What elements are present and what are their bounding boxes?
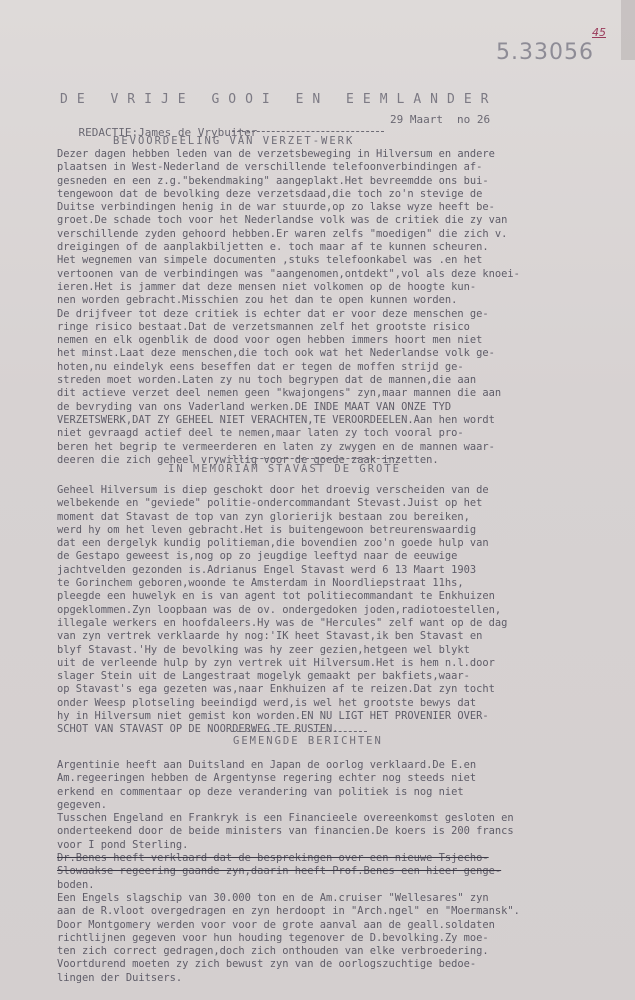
text-line: Geheel Hilversum is diep geschokt door h… (57, 484, 617, 497)
text-line: opgeklommen.Zyn loopbaan was de ov. onde… (57, 604, 617, 617)
text-line: tengewoon dat de bevolking deze verzetsd… (57, 188, 617, 201)
text-line: dat een dergelyk kundig politieman,die b… (57, 537, 617, 550)
text-line: voor I pond Sterling. (57, 839, 617, 852)
section-title-verzet: BEVOORDEELING VAN VERZET-WERK (113, 135, 354, 147)
section-divider (230, 458, 400, 459)
text-line: ten zich correct gedragen,doch zich onth… (57, 945, 617, 958)
text-line: Een Engels slagschip van 30.000 ton en d… (57, 892, 617, 905)
text-line: erkend en commentaar op deze verandering… (57, 786, 617, 799)
text-line: hy in Hilversum niet gemist kon worden.E… (57, 710, 617, 723)
text-line: pleegde een huwelyk en is van agent tot … (57, 590, 617, 603)
section-body-in-memoriam: Geheel Hilversum is diep geschokt door h… (57, 484, 617, 737)
text-line: De drijfveer tot deze critiek is echter … (57, 308, 617, 321)
text-line: moment dat Stavast de top van zyn glorie… (57, 511, 617, 524)
text-line: welbekende en "geviede" politie-ondercom… (57, 497, 617, 510)
text-line: richtlijnen gegeven voor hun houding teg… (57, 932, 617, 945)
text-line: aan de R.vloot overgedragen en zyn herdo… (57, 905, 617, 918)
text-line: de bevryding van ons Vaderland werken.DE… (57, 401, 617, 414)
issue-date: 29 Maart (390, 113, 443, 126)
text-line: VERZETSWERK,DAT ZY GEHEEL NIET VERACHTEN… (57, 414, 617, 427)
text-line: beren het begrip te vermeerderen en late… (57, 441, 617, 454)
text-line: verschillende zyden gehoord hebben.Er wa… (57, 228, 617, 241)
text-line: streden moet worden.Laten zy nu toch beg… (57, 374, 617, 387)
section-title-gemengde-berichten: GEMENGDE BERICHTEN (233, 735, 383, 747)
text-line: van zyn vertrek verklaarde hy nog:'IK he… (57, 630, 617, 643)
text-line: lingen der Duitsers. (57, 972, 617, 985)
section-body-verzet: Dezer dagen hebben leden van de verzetsb… (57, 148, 617, 467)
text-line: Am.regeeringen hebben de Argentynse rege… (57, 772, 617, 785)
text-line: Dr.Benes heeft verklaard dat de bespreki… (57, 852, 617, 865)
section-divider (232, 131, 384, 132)
text-line: de Gestapo geweest is,nog op zo jeugdige… (57, 550, 617, 563)
section-divider (232, 731, 367, 732)
text-line: onder Weesp plotseling beeindigd werd,is… (57, 697, 617, 710)
text-line: gegeven. (57, 799, 617, 812)
archive-number: 5.33056 (496, 40, 594, 65)
section-title-in-memoriam: IN MEMORIAM STAVAST DE GROTE (168, 463, 401, 475)
text-line: het minst.Laat deze menschen,die toch oo… (57, 347, 617, 360)
text-line: gesneden en een z.g."bekendmaking" aange… (57, 175, 617, 188)
folio-mark: 45 (592, 26, 606, 39)
text-line: werd hy om het leven gebracht.Het is bui… (57, 524, 617, 537)
text-line: vertoonen van de verbindingen was "aange… (57, 268, 617, 281)
text-line: ieren.Het is jammer dat deze mensen niet… (57, 281, 617, 294)
text-line: onderteekend door de beide ministers van… (57, 825, 617, 838)
text-line: nemen en elk ogenblik de dood voor ogen … (57, 334, 617, 347)
scanned-document-page: 5.33056 45 DE VRIJE GOOI EN EEMLANDER RE… (0, 0, 635, 1000)
section-body-gemengde-berichten: Argentinie heeft aan Duitsland en Japan … (57, 759, 617, 985)
issue-number: no 26 (457, 113, 490, 126)
text-line: Duitse verbindingen henig in de war stuu… (57, 201, 617, 214)
text-line: slager Stein uit de Langestraat mogelyk … (57, 670, 617, 683)
text-line: Argentinie heeft aan Duitsland en Japan … (57, 759, 617, 772)
text-line: niet gevraagd actief deel te nemen,maar … (57, 427, 617, 440)
text-line: ringe risico bestaat.Dat de verzetsmanne… (57, 321, 617, 334)
text-line: dreigingen of de aanplakbiljetten e. toc… (57, 241, 617, 254)
text-line: hoten,nu eindelyk eens beseffen dat er t… (57, 361, 617, 374)
text-line: groet.De schade toch voor het Nederlands… (57, 214, 617, 227)
text-line: blyf Stavast.'Hy de bevolking was hy zee… (57, 644, 617, 657)
text-line: te Gorinchem geboren,woonde te Amsterdam… (57, 577, 617, 590)
text-line: nen worden gebracht.Misschien zou het da… (57, 294, 617, 307)
text-line: Het wegnemen van simpele documenten ,stu… (57, 254, 617, 267)
text-line: op Stavast's ega gezeten was,naar Enkhui… (57, 683, 617, 696)
text-line: dit actieve verzet deel nemen geen "kwaj… (57, 387, 617, 400)
text-line: boden. (57, 879, 617, 892)
text-line: illegale werkers en hoofdaleers.Hy was d… (57, 617, 617, 630)
text-line: Slowaakse regeering gaande zyn,daarin he… (57, 865, 617, 878)
text-line: plaatsen in West-Nederland de verschille… (57, 161, 617, 174)
text-line: uit de verleende hulp by zyn vertrek uit… (57, 657, 617, 670)
text-line: Voortdurend moeten zy zich bewust zyn va… (57, 958, 617, 971)
text-line: jachtvelden gezonden is.Adrianus Engel S… (57, 564, 617, 577)
text-line: Dezer dagen hebben leden van de verzetsb… (57, 148, 617, 161)
text-line: Tusschen Engeland en Frankryk is een Fin… (57, 812, 617, 825)
text-line: Door Montgomery werden voor voor de grot… (57, 919, 617, 932)
newsletter-masthead: DE VRIJE GOOI EN EEMLANDER (60, 92, 580, 107)
